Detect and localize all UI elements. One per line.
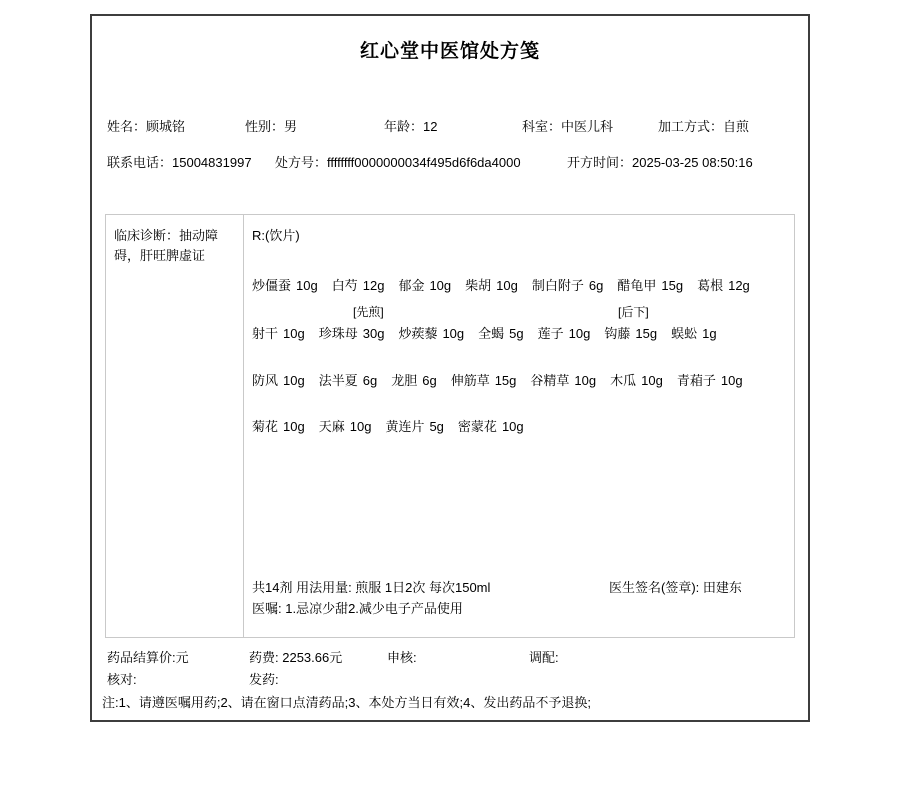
contact-phone-value: 15004831997 bbox=[172, 155, 252, 170]
herb-item: 密蒙花10g bbox=[458, 418, 524, 435]
medical-advice: 医嘱: 1.忌凉少甜2.减少电子产品使用 bbox=[252, 600, 786, 617]
herb-item: 钩藤15g bbox=[604, 325, 657, 342]
herb-line-1: 炒僵蚕10g 白芍12g 郁金10g 柴胡10g 制白附子6g 醋龟甲15g 葛… bbox=[252, 277, 784, 294]
herb-name: 伸筋草 bbox=[451, 373, 490, 388]
herb-dose: 6g bbox=[363, 373, 377, 388]
herb-line-2: 射干10g 珍珠母30g 炒蒺藜10g 全蝎5g 莲子10g 钩藤15g 蜈蚣1… bbox=[252, 325, 784, 342]
herb-item: 全蝎5g bbox=[478, 325, 523, 342]
herb-item: 谷精草10g bbox=[530, 372, 596, 389]
patient-department-label: 科室： bbox=[522, 119, 561, 134]
processing-method-label: 加工方式： bbox=[658, 119, 723, 134]
doctor-signature-name: 田建东 bbox=[703, 580, 742, 595]
patient-age-label: 年龄： bbox=[384, 119, 423, 134]
patient-gender-label: 性别： bbox=[245, 119, 284, 134]
herb-dose: 10g bbox=[721, 373, 743, 388]
herb-name: 射干 bbox=[252, 326, 278, 341]
herb-item: 制白附子6g bbox=[532, 277, 603, 294]
settlement-price-label: 药品结算价: bbox=[107, 650, 176, 665]
prescription-number-label: 处方号： bbox=[275, 155, 327, 170]
herb-dose: 12g bbox=[728, 278, 750, 293]
herb-item: 郁金10g bbox=[398, 277, 451, 294]
herb-item: 黄连片5g bbox=[385, 418, 443, 435]
herb-dose: 10g bbox=[442, 326, 464, 341]
herb-dose: 10g bbox=[496, 278, 518, 293]
herb-name: 龙胆 bbox=[391, 373, 417, 388]
herb-item: 防风10g bbox=[252, 372, 305, 389]
medicine-fee-value: 2253.66元 bbox=[282, 650, 342, 665]
herb-name: 葛根 bbox=[697, 278, 723, 293]
herb-dose: 10g bbox=[641, 373, 663, 388]
herb-dose: 1g bbox=[702, 326, 716, 341]
footer-note: 注:1、请遵医嘱用药;2、请在窗口点清药品;3、本处方当日有效;4、发出药品不予… bbox=[102, 692, 591, 711]
herb-item: 柴胡10g bbox=[465, 277, 518, 294]
medicine-fee-field: 药费: 2253.66元 bbox=[249, 647, 342, 666]
prescription-box: 临床诊断：抽动障碍，肝旺脾虚证 R:(饮片) 炒僵蚕10g 白芍12g 郁金10… bbox=[105, 214, 795, 638]
contact-phone-field: 联系电话：15004831997 bbox=[107, 152, 252, 171]
page-title: 红心堂中医馆处方笺 bbox=[92, 36, 808, 63]
herb-item: 伸筋草15g bbox=[451, 372, 517, 389]
herb-dose: 10g bbox=[283, 326, 305, 341]
usage-block: 共14剂 用法用量: 煎服 1日2次 每次150ml 医生签名(签章): 田建东… bbox=[252, 579, 786, 617]
herb-name: 制白附子 bbox=[532, 278, 584, 293]
issue-field: 发药: bbox=[249, 669, 279, 688]
herb-item: 炒僵蚕10g bbox=[252, 277, 318, 294]
herb-dose: 10g bbox=[569, 326, 591, 341]
herb-name: 天麻 bbox=[319, 419, 345, 434]
herb-item: 青葙子10g bbox=[677, 372, 743, 389]
rx-content: R:(饮片) 炒僵蚕10g 白芍12g 郁金10g 柴胡10g 制白附子6g 醋… bbox=[243, 215, 794, 637]
dispense-field: 调配: bbox=[529, 647, 559, 666]
add-later-note: [后下] bbox=[618, 303, 649, 320]
review-field: 申核: bbox=[387, 647, 417, 666]
herb-dose: 30g bbox=[363, 326, 385, 341]
herb-item: 天麻10g bbox=[319, 418, 372, 435]
herb-item: 菊花10g bbox=[252, 418, 305, 435]
herb-item: 炒蒺藜10g bbox=[398, 325, 464, 342]
prescribe-time-field: 开方时间：2025-03-25 08:50:16 bbox=[567, 152, 753, 171]
herb-dose: 5g bbox=[429, 419, 443, 434]
patient-name-value: 顾城铭 bbox=[146, 119, 185, 134]
herb-name: 全蝎 bbox=[478, 326, 504, 341]
herb-name: 密蒙花 bbox=[458, 419, 497, 434]
herb-item: 珍珠母30g bbox=[319, 325, 385, 342]
herb-dose: 10g bbox=[429, 278, 451, 293]
herb-dose: 6g bbox=[422, 373, 436, 388]
patient-name-field: 姓名：顾城铭 bbox=[107, 116, 185, 135]
herb-item: 醋龟甲15g bbox=[617, 277, 683, 294]
patient-gender-field: 性别：男 bbox=[245, 116, 297, 135]
doctor-signature: 医生签名(签章): 田建东 bbox=[609, 579, 742, 596]
herb-dose: 10g bbox=[296, 278, 318, 293]
herb-name: 莲子 bbox=[538, 326, 564, 341]
doctor-signature-label: 医生签名(签章): bbox=[609, 580, 703, 595]
patient-age-field: 年龄：12 bbox=[384, 116, 437, 135]
herb-name: 蜈蚣 bbox=[671, 326, 697, 341]
rx-header: R:(饮片) bbox=[252, 228, 784, 244]
patient-department-value: 中医儿科 bbox=[561, 119, 613, 134]
herb-dose: 10g bbox=[502, 419, 524, 434]
processing-method-field: 加工方式：自煎 bbox=[658, 116, 749, 135]
herb-name: 炒蒺藜 bbox=[398, 326, 437, 341]
herb-item: 木瓜10g bbox=[610, 372, 663, 389]
herb-name: 醋龟甲 bbox=[617, 278, 656, 293]
settlement-price-field: 药品结算价:元 bbox=[107, 647, 189, 666]
herb-dose: 10g bbox=[283, 373, 305, 388]
herb-dose: 5g bbox=[509, 326, 523, 341]
herb-name: 柴胡 bbox=[465, 278, 491, 293]
settlement-price-unit: 元 bbox=[176, 650, 189, 665]
herb-dose: 6g bbox=[589, 278, 603, 293]
herb-name: 防风 bbox=[252, 373, 278, 388]
herb-name: 黄连片 bbox=[385, 419, 424, 434]
herb-dose: 12g bbox=[363, 278, 385, 293]
herb-item: 葛根12g bbox=[697, 277, 750, 294]
prescribe-time-label: 开方时间： bbox=[567, 155, 632, 170]
herb-name: 菊花 bbox=[252, 419, 278, 434]
decoct-first-note: [先煎] bbox=[353, 303, 384, 320]
patient-department-field: 科室：中医儿科 bbox=[522, 116, 613, 135]
contact-phone-label: 联系电话： bbox=[107, 155, 172, 170]
herb-name: 谷精草 bbox=[530, 373, 569, 388]
herb-dose: 10g bbox=[350, 419, 372, 434]
patient-age-value: 12 bbox=[423, 119, 437, 134]
processing-method-value: 自煎 bbox=[723, 119, 749, 134]
herb-item: 龙胆6g bbox=[391, 372, 436, 389]
herb-line-4: 菊花10g 天麻10g 黄连片5g 密蒙花10g bbox=[252, 418, 784, 435]
usage-line: 共14剂 用法用量: 煎服 1日2次 每次150ml 医生签名(签章): 田建东 bbox=[252, 579, 786, 596]
herb-name: 青葙子 bbox=[677, 373, 716, 388]
herb-dose: 10g bbox=[283, 419, 305, 434]
herb-dose: 10g bbox=[574, 373, 596, 388]
medicine-fee-label: 药费: bbox=[249, 650, 282, 665]
herb-item: 射干10g bbox=[252, 325, 305, 342]
herb-line-3: 防风10g 法半夏6g 龙胆6g 伸筋草15g 谷精草10g 木瓜10g 青葙子… bbox=[252, 372, 784, 389]
herb-name: 钩藤 bbox=[604, 326, 630, 341]
herb-name: 木瓜 bbox=[610, 373, 636, 388]
check-field: 核对: bbox=[107, 669, 137, 688]
herb-dose: 15g bbox=[495, 373, 517, 388]
prescription-number-value: ffffffff0000000034f495d6f6da4000 bbox=[327, 155, 521, 170]
herb-item: 莲子10g bbox=[538, 325, 591, 342]
prescription-sheet: 红心堂中医馆处方笺 姓名：顾城铭 性别：男 年龄：12 科室：中医儿科 加工方式… bbox=[90, 14, 810, 722]
herb-item: 法半夏6g bbox=[319, 372, 377, 389]
herb-name: 法半夏 bbox=[319, 373, 358, 388]
prescribe-time-value: 2025-03-25 08:50:16 bbox=[632, 155, 753, 170]
clinical-diagnosis-label: 临床诊断： bbox=[114, 228, 179, 243]
clinical-diagnosis: 临床诊断：抽动障碍，肝旺脾虚证 bbox=[106, 215, 243, 637]
herb-name: 郁金 bbox=[398, 278, 424, 293]
prescription-number-field: 处方号：ffffffff0000000034f495d6f6da4000 bbox=[275, 152, 521, 171]
usage-text: 共14剂 用法用量: 煎服 1日2次 每次150ml bbox=[252, 580, 490, 595]
herb-item: 蜈蚣1g bbox=[671, 325, 716, 342]
patient-name-label: 姓名： bbox=[107, 119, 146, 134]
herb-item: 白芍12g bbox=[332, 277, 385, 294]
herb-name: 炒僵蚕 bbox=[252, 278, 291, 293]
herb-dose: 15g bbox=[635, 326, 657, 341]
herb-name: 珍珠母 bbox=[319, 326, 358, 341]
patient-gender-value: 男 bbox=[284, 119, 297, 134]
decoction-note-row: [先煎] [后下] bbox=[252, 303, 784, 319]
herb-dose: 15g bbox=[661, 278, 683, 293]
herb-name: 白芍 bbox=[332, 278, 358, 293]
